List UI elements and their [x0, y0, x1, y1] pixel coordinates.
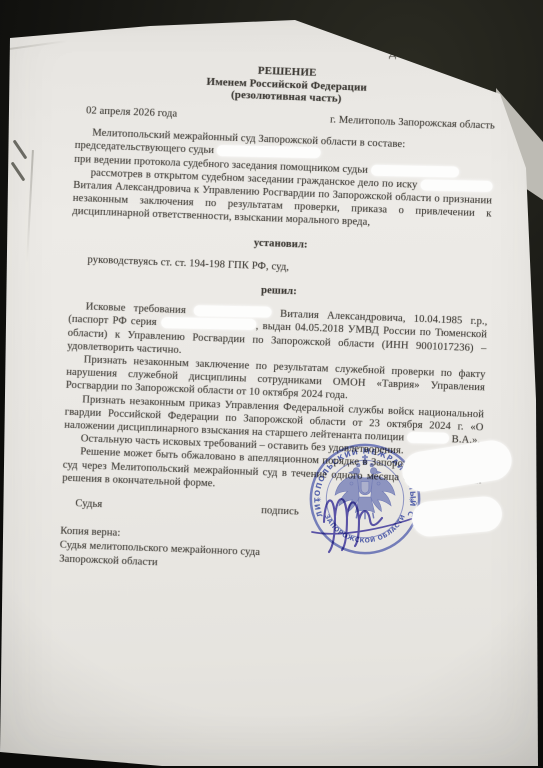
document-heading: РЕШЕНИЕ Именем Российской Федерации (рез… [77, 58, 497, 111]
decision-place: г. Мелитополь Запорожская область [330, 113, 495, 132]
redaction-mark [217, 145, 321, 158]
judge-label: Судья [75, 498, 102, 510]
redaction-mark [420, 179, 492, 191]
redaction-mark [194, 305, 272, 318]
court-decision-paper: Дело №2-216/2026 РЕШЕНИЕ Именем Российск… [0, 0, 543, 768]
legal-basis-line: руководствуясь ст. ст. 194-198 ГПК РФ, с… [70, 253, 489, 282]
redaction-mark [161, 317, 256, 330]
decision-date: 02 апреля 2026 года [76, 104, 178, 121]
document-photo: Дело №2-216/2026 РЕШЕНИЕ Именем Российск… [0, 0, 543, 768]
signature-label: подпись [261, 504, 299, 519]
court-composition-block: Мелитопольский межрайонный суд Запорожск… [72, 126, 494, 234]
redaction-mark [371, 164, 459, 177]
